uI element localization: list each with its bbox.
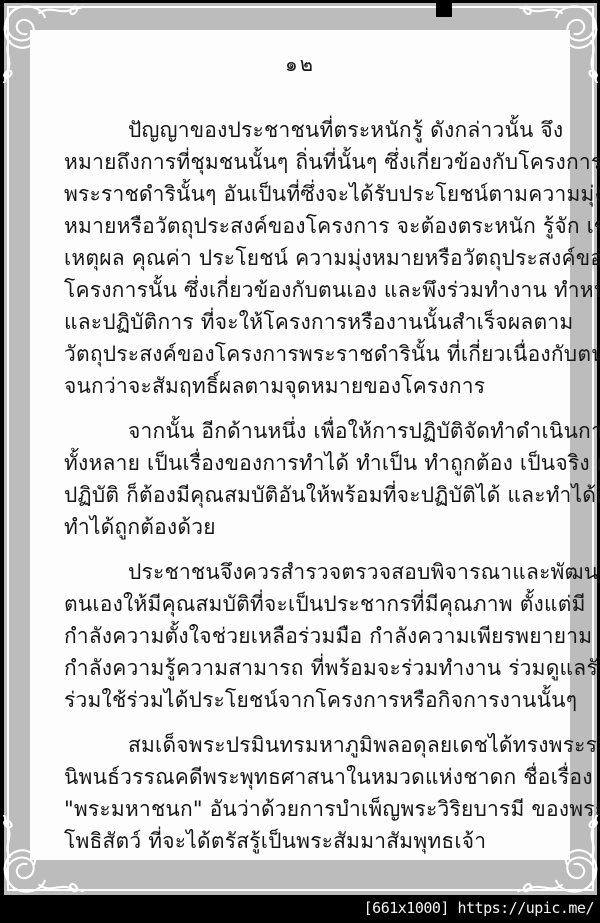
scan-edge-artifact (436, 0, 452, 17)
text-line: ปัญญาของประชาชนที่ตระหนักรู้ ดังกล่าวนั้… (64, 114, 538, 146)
text-line: ทำได้ถูกต้องด้วย (64, 511, 538, 543)
text-body: ปัญญาของประชาชนที่ตระหนักรู้ ดังกล่าวนั้… (30, 114, 570, 857)
text-line: "พระมหาชนก" อันว่าด้วยการบำเพ็ญพระวิริยบ… (64, 793, 538, 825)
text-line: ปฏิบัติ ก็ต้องมีคุณสมบัติอันให้พร้อมที่จ… (64, 479, 538, 511)
text-line: สมเด็จพระปรมินทรมหาภูมิพลอดุลยเดชได้ทรงพ… (64, 729, 538, 761)
text-line: และปฏิบัติการ ที่จะให้โครงการหรืองานนั้น… (64, 306, 538, 338)
text-line: วัตถุประสงค์ของโครงการพระราชดำรินั้น ที่… (64, 338, 538, 370)
scanned-book-page: ๑๒ ปัญญาของประชาชนที่ตระหนักรู้ ดังกล่าว… (0, 0, 600, 923)
text-line: จนกว่าจะสัมฤทธิ์ผลตามจุดหมายของโครงการ (64, 370, 538, 402)
text-line: นิพนธ์วรรณคดีพระพุทธศาสนาในหมวดแห่งชาดก … (64, 761, 538, 793)
paragraph: สมเด็จพระปรมินทรมหาภูมิพลอดุลยเดชได้ทรงพ… (64, 729, 538, 857)
text-line: จากนั้น อีกด้านหนึ่ง เพื่อให้การปฏิบัติจ… (64, 415, 538, 447)
page-body: ๑๒ ปัญญาของประชาชนที่ตระหนักรู้ ดังกล่าว… (30, 30, 570, 860)
text-line: กำลังความรู้ความสามารถ ที่พร้อมจะร่วมทำง… (64, 652, 538, 684)
text-line: หมายถึงการที่ชุมชนนั้นๆ ถิ่นที่นั้นๆ ซึ่… (64, 146, 538, 178)
text-line: โครงการนั้น ซึ่งเกี่ยวข้องกับตนเอง และพึ… (64, 274, 538, 306)
page-number: ๑๒ (30, 48, 570, 80)
paragraph: ประชาชนจึงควรสำรวจตรวจสอบพิจารณาและพัฒนา… (64, 556, 538, 716)
text-line: ร่วมใช้ร่วมได้ประโยชน์จากโครงการหรือกิจก… (64, 684, 538, 716)
text-line: เหตุผล คุณค่า ประโยชน์ ความมุ่งหมายหรือว… (64, 242, 538, 274)
text-line: หมายหรือวัตถุประสงค์ของโครงการ จะต้องตระ… (64, 210, 538, 242)
watermark-text: [661x1000] https://upic.me/ (364, 895, 594, 921)
text-line: ประชาชนจึงควรสำรวจตรวจสอบพิจารณาและพัฒนา (64, 556, 538, 588)
paragraph: ปัญญาของประชาชนที่ตระหนักรู้ ดังกล่าวนั้… (64, 114, 538, 402)
text-line: พระราชดำรินั้นๆ อันเป็นที่ซึ่งจะได้รับปร… (64, 178, 538, 210)
text-line: กำลังความตั้งใจช่วยเหลือร่วมมือ กำลังควา… (64, 620, 538, 652)
paragraph: จากนั้น อีกด้านหนึ่ง เพื่อให้การปฏิบัติจ… (64, 415, 538, 543)
text-line: โพธิสัตว์ ที่จะได้ตรัสรู้เป็นพระสัมมาสัม… (64, 825, 538, 857)
watermark-bar: [661x1000] https://upic.me/ (0, 895, 600, 923)
text-line: ทั้งหลาย เป็นเรื่องของการทำได้ ทำเป็น ทำ… (64, 447, 538, 479)
text-line: ตนเองให้มีคุณสมบัติที่จะเป็นประชากรที่มี… (64, 588, 538, 620)
